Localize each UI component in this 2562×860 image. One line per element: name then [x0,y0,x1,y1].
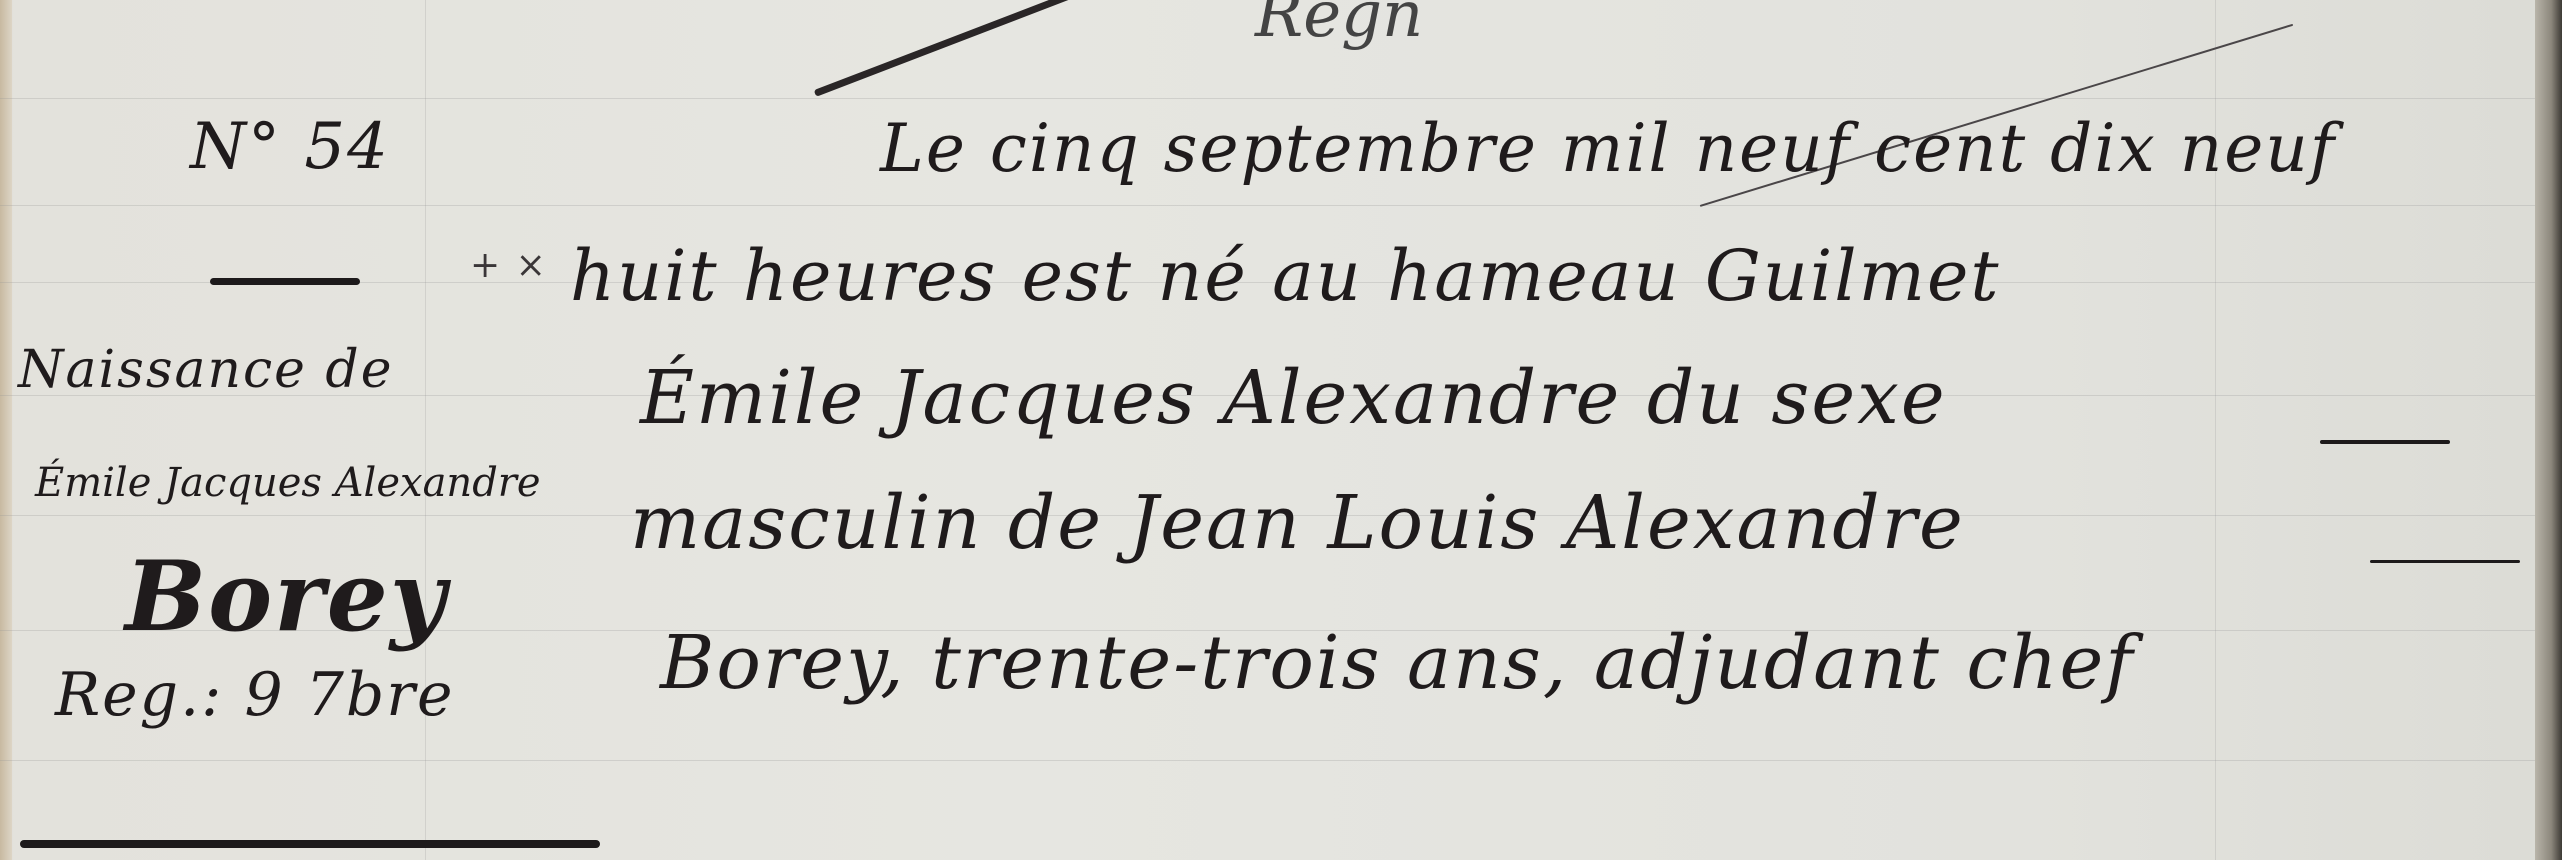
signature-fragment: Regn [1255,0,1423,52]
margin-given-names: Émile Jacques Alexandre [35,460,541,506]
page-edge [2535,0,2562,860]
margin-surname: Borey [125,540,448,653]
body-line-3: Émile Jacques Alexandre du sexe [640,355,1947,441]
margin-rule [425,0,426,860]
document-page: Regn N° 54 + × Naissance de Émile Jacque… [0,0,2535,860]
closing-stroke [814,0,1097,97]
body-line-4: masculin de Jean Louis Alexandre [630,480,1965,566]
line-filler-stroke [2370,560,2520,563]
body-line-2: huit heures est né au hameau Guilmet [570,235,2001,317]
margin-title: Naissance de [18,340,393,400]
page-binding-edge [0,0,12,860]
body-line-5: Borey, trente-trois ans, adjudant chef [660,620,2135,706]
number-underline [210,278,360,285]
ruled-line [0,760,2535,761]
ruled-line [0,98,2535,99]
ruled-line [0,205,2535,206]
margin-end-rule [20,840,600,848]
line-filler-stroke [2320,440,2450,444]
margin-annotation: Reg.: 9 7bre [55,660,454,730]
body-line-1: Le cinq septembre mil neuf cent dix neuf [880,110,2336,187]
margin-cross-mark: + × [470,245,548,286]
act-number: N° 54 [190,110,390,184]
